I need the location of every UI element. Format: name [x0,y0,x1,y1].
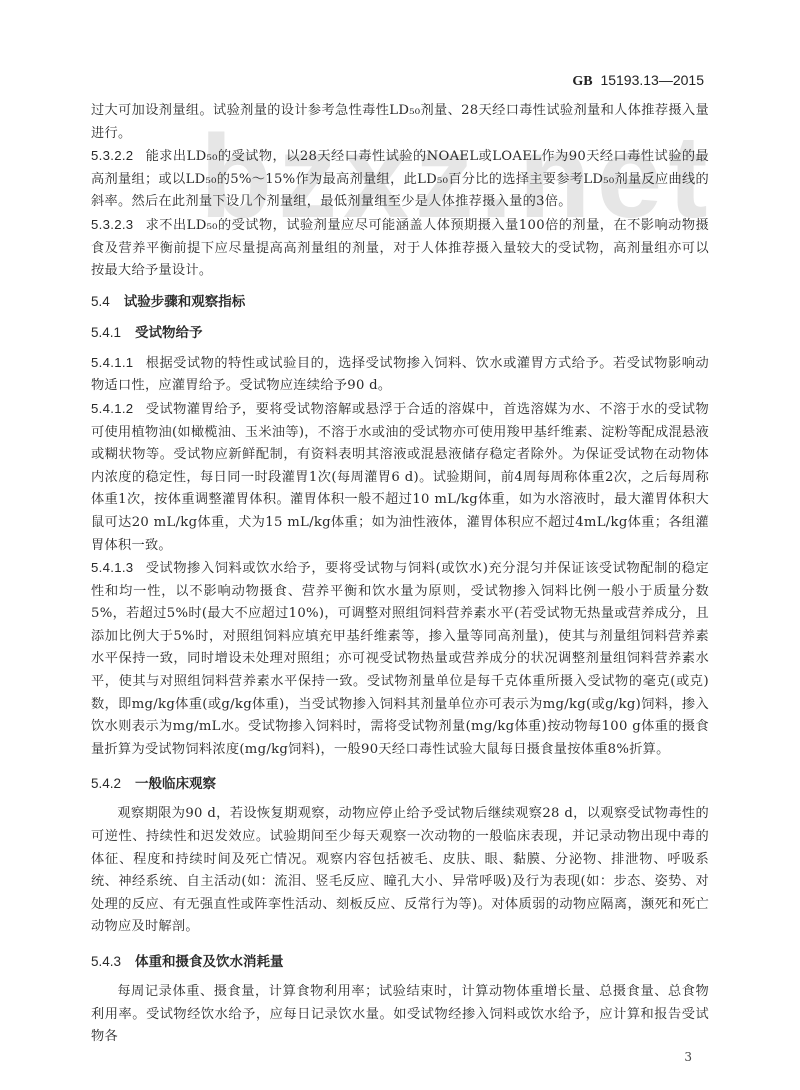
clause-number: 5.3.2.3 [91,217,133,232]
section-heading-5-4-1: 5.4.1受试物给予 [91,322,709,344]
document-body: 过大可加设剂量组。试验剂量的设计参考急性毒性LD₅₀剂量、28天经口毒性试验剂量… [91,100,709,1049]
page-number: 3 [684,1050,692,1064]
clause-5-3-2-2: 5.3.2.2能求出LD₅₀的受试物，以28天经口毒性试验的NOAEL或LOAE… [91,145,709,214]
clause-5-4-1-1: 5.4.1.1根据受试物的特性或试验目的，选择受试物掺入饲料、饮水或灌胃方式给予… [91,352,709,398]
clause-5-4-1-2: 5.4.1.2受试物灌胃给予，要将受试物溶解或悬浮于合适的溶媒中，首选溶媒为水、… [91,398,709,557]
paragraph-clinical-observation: 观察期限为90 d，若设恢复期观察，动物应停止给予受试物后继续观察28 d，以观… [91,803,709,939]
clause-number: 5.3.2.2 [91,148,133,163]
clause-5-4-1-3: 5.4.1.3受试物掺入饲料或饮水给予，要将受试物与饲料(或饮水)充分混匀并保证… [91,557,709,761]
section-heading-5-4: 5.4试验步骤和观察指标 [91,291,709,313]
paragraph-continuation: 过大可加设剂量组。试验剂量的设计参考急性毒性LD₅₀剂量、28天经口毒性试验剂量… [91,100,709,145]
page-header: GB 15193.13—2015 [572,72,704,90]
section-heading-5-4-2: 5.4.2一般临床观察 [91,773,709,795]
paragraph-body-weight: 每周记录体重、摄食量，计算食物利用率；试验结束时，计算动物体重增长量、总摄食量、… [91,981,709,1049]
clause-number: 5.4.1.1 [91,355,133,370]
standard-number: 15193.13—2015 [600,72,704,88]
clause-number: 5.4.1.2 [91,401,133,416]
clause-number: 5.4.1.3 [91,560,133,575]
clause-5-3-2-3: 5.3.2.3求不出LD₅₀的受试物，试验剂量应尽可能涵盖人体预期摄入量100倍… [91,214,709,283]
document-page: GB 15193.13—2015 bzxz.net 过大可加设剂量组。试验剂量的… [0,0,800,1090]
section-heading-5-4-3: 5.4.3体重和摄食及饮水消耗量 [91,951,709,973]
standard-prefix: GB [572,74,592,89]
